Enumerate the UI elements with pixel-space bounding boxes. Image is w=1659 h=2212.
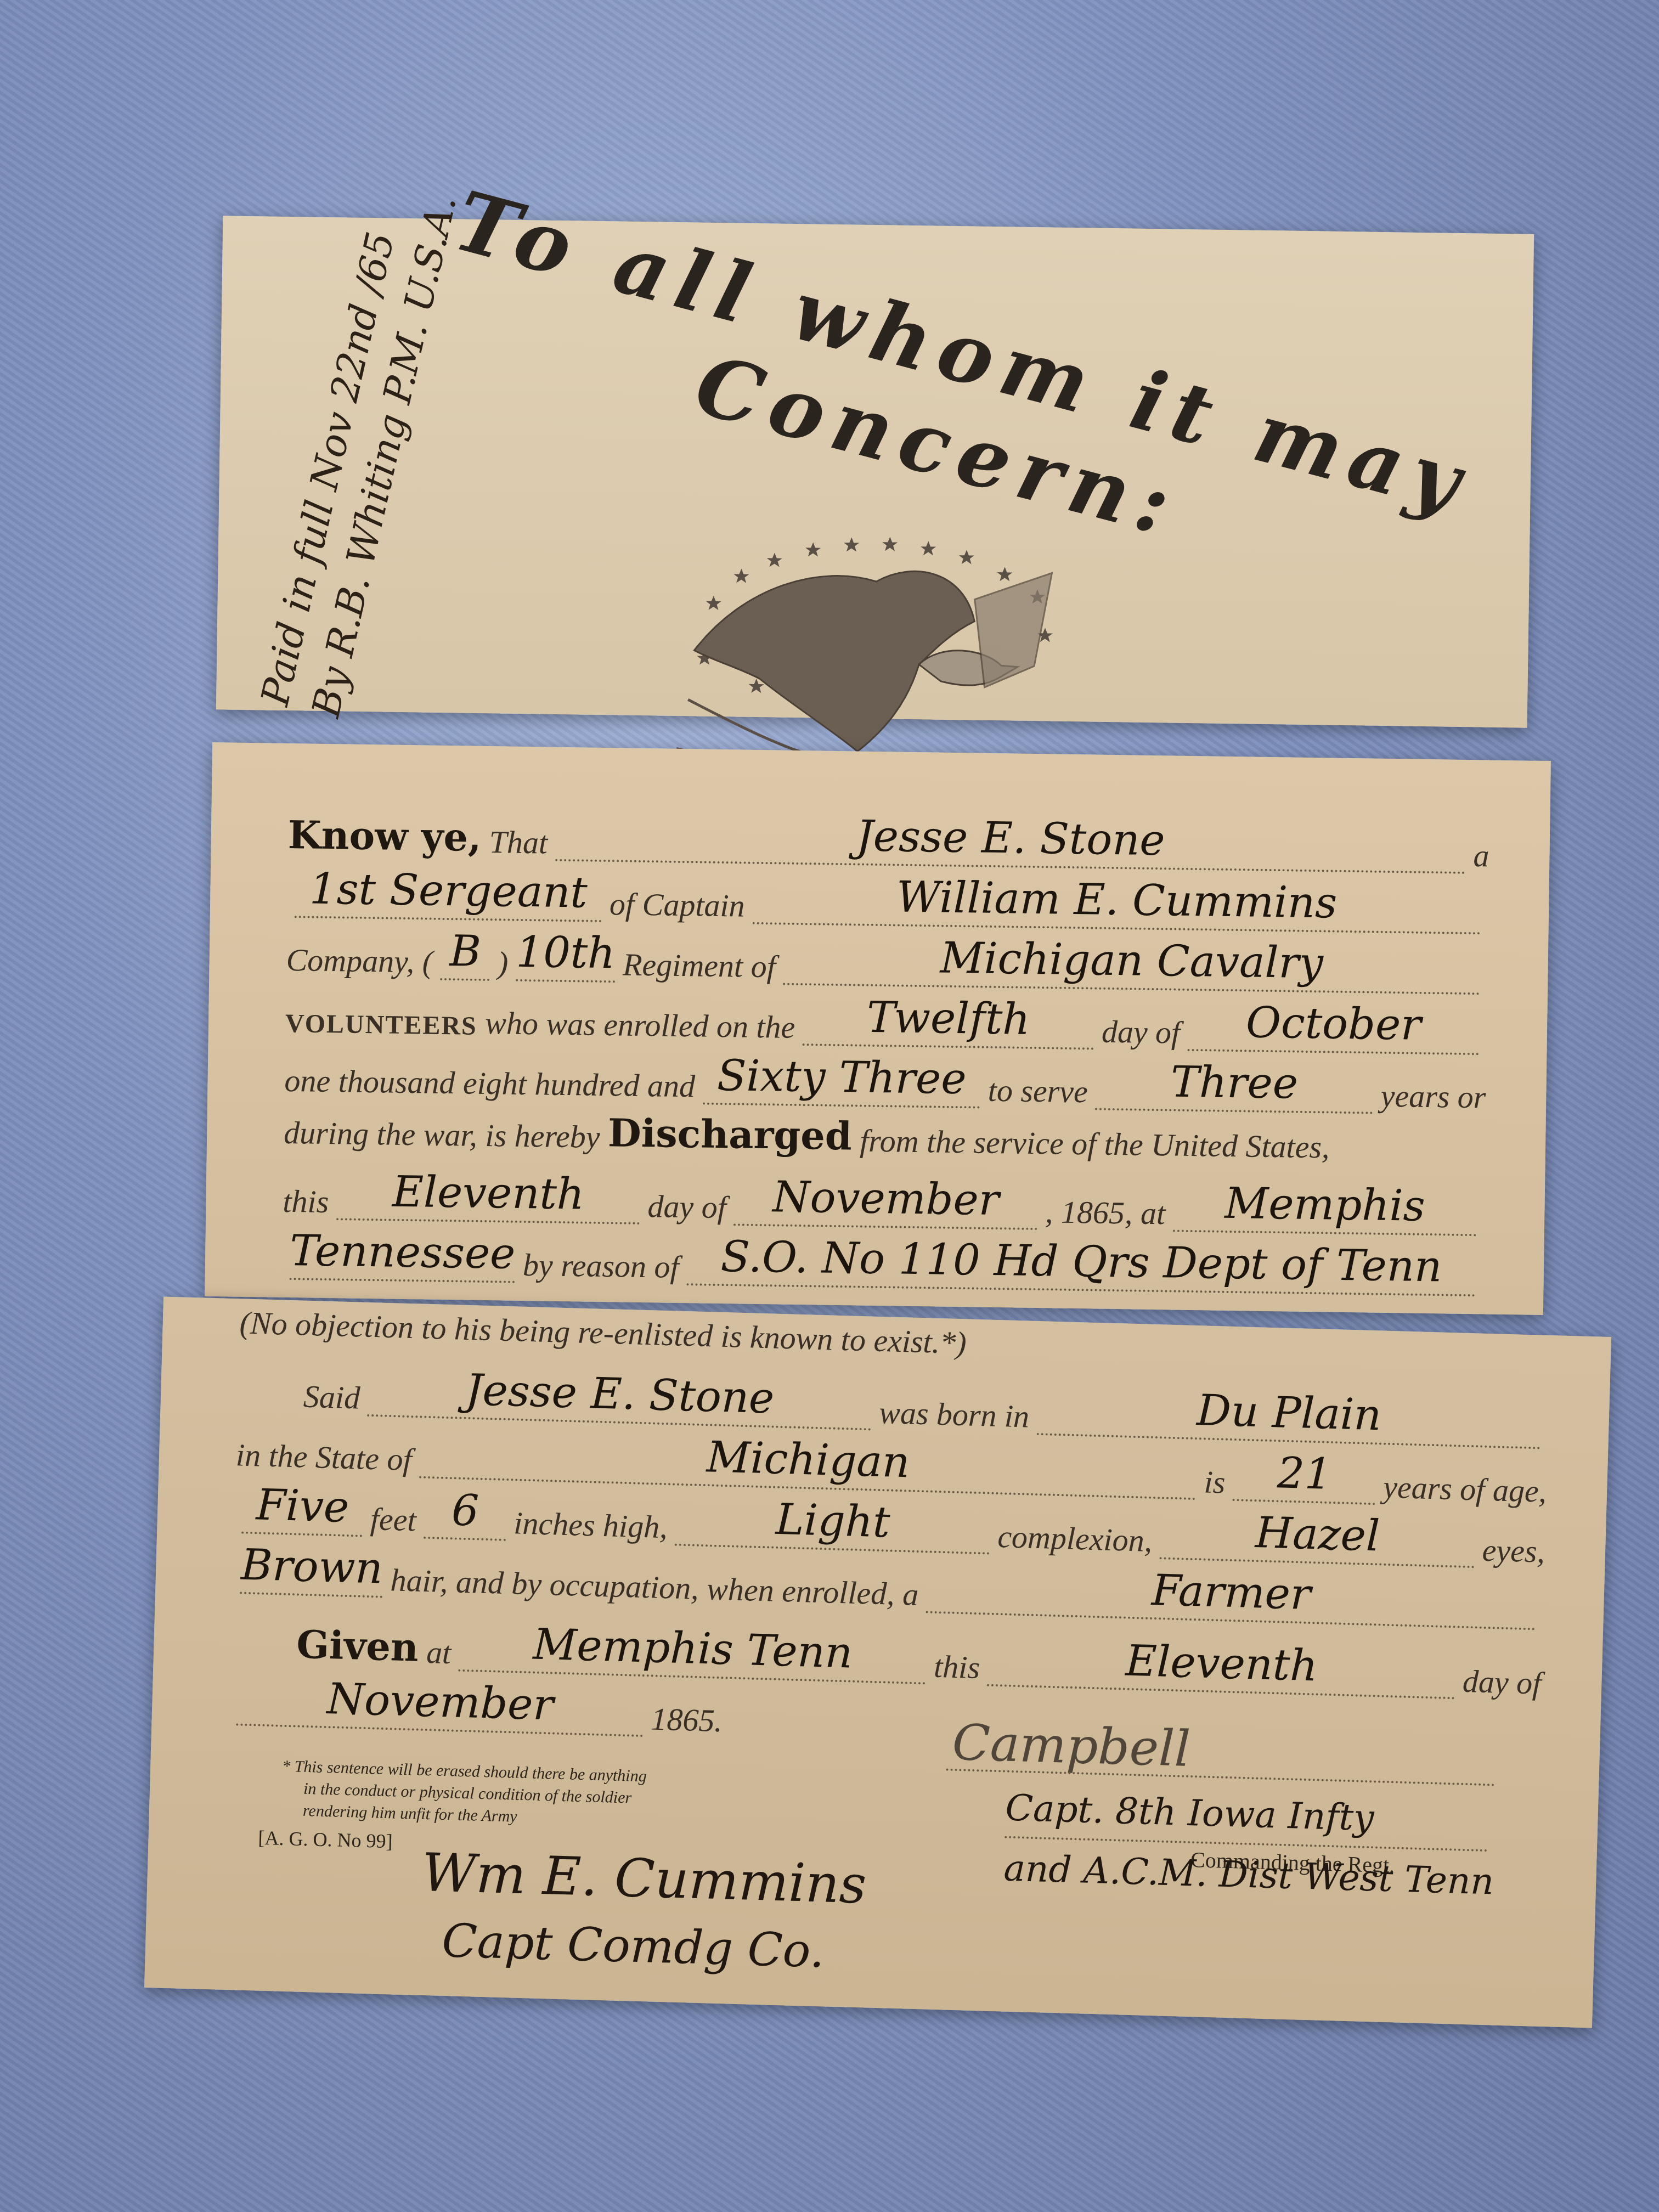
age-field: 21 (1232, 1447, 1376, 1505)
certificate-line-4: VOLUNTEERS who was enrolled on the Twelf… (285, 985, 1487, 1056)
certificate-line-15: November 1865. (228, 1672, 723, 1739)
label-to-serve: to serve (988, 1072, 1088, 1110)
certificate-line-7: this Eleventh day of November , 1865, at… (283, 1166, 1485, 1237)
eye-color-field: Hazel (1159, 1505, 1475, 1568)
label-day-of: day of (647, 1188, 726, 1226)
label-company: Company, ( (286, 941, 433, 980)
document-top-panel: Paid in full Nov 22nd /65 By R.B. Whitin… (216, 216, 1534, 727)
given-year: 1865. (651, 1701, 723, 1740)
label-hair-occupation: hair, and by occupation, when enrolled, … (390, 1561, 919, 1613)
captain-name-field: William E. Cummins (752, 871, 1481, 935)
enrolled-day-field: Twelfth (803, 992, 1094, 1049)
discharge-place-field: Memphis (1173, 1178, 1477, 1237)
rank-field: 1st Sergeant (295, 864, 602, 922)
certificate-line-1: Know ye, That Jesse E. Stone a (287, 804, 1489, 874)
label-company-close: ) (498, 944, 509, 981)
height-feet-field: Five (241, 1480, 364, 1537)
certificate-line-3: Company, ( B ) 10th Regiment of Michigan… (286, 924, 1488, 995)
regiment-field: Michigan Cavalry (783, 932, 1480, 995)
discharge-year: , 1865, (1045, 1193, 1133, 1231)
enrolled-month-field: October (1188, 997, 1480, 1055)
label-enrolled: who was enrolled on the (485, 1005, 795, 1046)
commander-signature-line (946, 1769, 1495, 1786)
discharge-month-field: November (733, 1172, 1038, 1230)
commander-title-2: and A.C.M. Dist West Tenn (1003, 1847, 1494, 1903)
occupation-field: Farmer (926, 1559, 1537, 1630)
discharged-heading: Discharged (607, 1110, 852, 1159)
label-is: is (1204, 1463, 1226, 1500)
certificate-line-6: during the war, is hereby Discharged fro… (284, 1105, 1486, 1168)
hair-color-field: Brown (240, 1541, 384, 1598)
given-place-field: Memphis Tenn (458, 1618, 927, 1685)
captain-signature: Wm E. Cummins (421, 1842, 867, 1916)
certificate-line-8: Tennessee by reason of S.O. No 110 Hd Qr… (282, 1226, 1484, 1297)
label-volunteers: VOLUNTEERS (285, 1008, 478, 1041)
label-eyes: eyes, (1482, 1532, 1545, 1570)
commander-signature: Campbell (952, 1714, 1192, 1778)
label-a: a (1473, 837, 1489, 874)
document-middle-panel: Know ye, That Jesse E. Stone a 1st Serge… (205, 742, 1551, 1315)
label-born: was born in (878, 1394, 1030, 1435)
label-years-of-age: years of age, (1383, 1469, 1547, 1510)
label-that: That (489, 823, 548, 861)
label-said: Said (303, 1378, 360, 1417)
label-service: from the service of the United States, (860, 1122, 1330, 1166)
form-number: [A. G. O. No 99] (258, 1826, 393, 1853)
label-feet: feet (370, 1500, 417, 1538)
regiment-number-field: 10th (516, 928, 616, 983)
label-at: at (1141, 1195, 1166, 1232)
footnote: * This sentence will be erased should th… (280, 1756, 647, 1832)
label-year: one thousand eight hundred and (284, 1062, 695, 1104)
label-this: this (933, 1648, 980, 1686)
given-month-field: November (236, 1672, 644, 1737)
discharge-reason-field: S.O. No 110 Hd Qrs Dept of Tenn (686, 1232, 1476, 1296)
label-day-of: day of (1462, 1663, 1542, 1702)
label-years-or: years or (1380, 1077, 1486, 1116)
given-heading: Given (296, 1621, 419, 1670)
label-complexion: complexion, (997, 1518, 1153, 1559)
company-field: B (441, 927, 490, 981)
label-state: in the State of (235, 1436, 412, 1478)
complexion-field: Light (675, 1492, 991, 1555)
term-field: Three (1095, 1057, 1373, 1114)
certificate-line-5: one thousand eight hundred and Sixty Thr… (284, 1045, 1486, 1116)
certificate-line-2: 1st Sergeant of Captain William E. Cummi… (287, 864, 1489, 935)
discharge-state-field: Tennessee (289, 1226, 515, 1283)
discharge-day-field: Eleventh (336, 1166, 641, 1224)
given-day-field: Eleventh (987, 1633, 1456, 1700)
label-regiment: Regiment of (623, 946, 776, 985)
know-ye-heading: Know ye, (287, 812, 482, 860)
label-during: during the war, is hereby (284, 1114, 600, 1155)
soldier-name-repeat-field: Jesse E. Stone (367, 1363, 872, 1431)
label-of-captain: of Captain (610, 885, 745, 924)
label-day-of: day of (1101, 1013, 1180, 1051)
label-inches: inches high, (513, 1504, 668, 1545)
commander-title: Capt. 8th Iowa Infty (1005, 1787, 1375, 1839)
height-inches-field: 6 (424, 1485, 507, 1541)
enrolled-year-field: Sixty Three (703, 1051, 981, 1109)
captain-title: Capt Comdg Co. (441, 1914, 825, 1978)
soldier-name-field: Jesse E. Stone (555, 808, 1466, 874)
label-at: at (426, 1634, 452, 1671)
birthplace-field: Du Plain (1036, 1381, 1542, 1449)
document-bottom-panel: (No objection to his being re-enlisted i… (144, 1296, 1611, 2028)
label-reason: by reason of (523, 1246, 680, 1285)
label-this: this (283, 1183, 329, 1220)
